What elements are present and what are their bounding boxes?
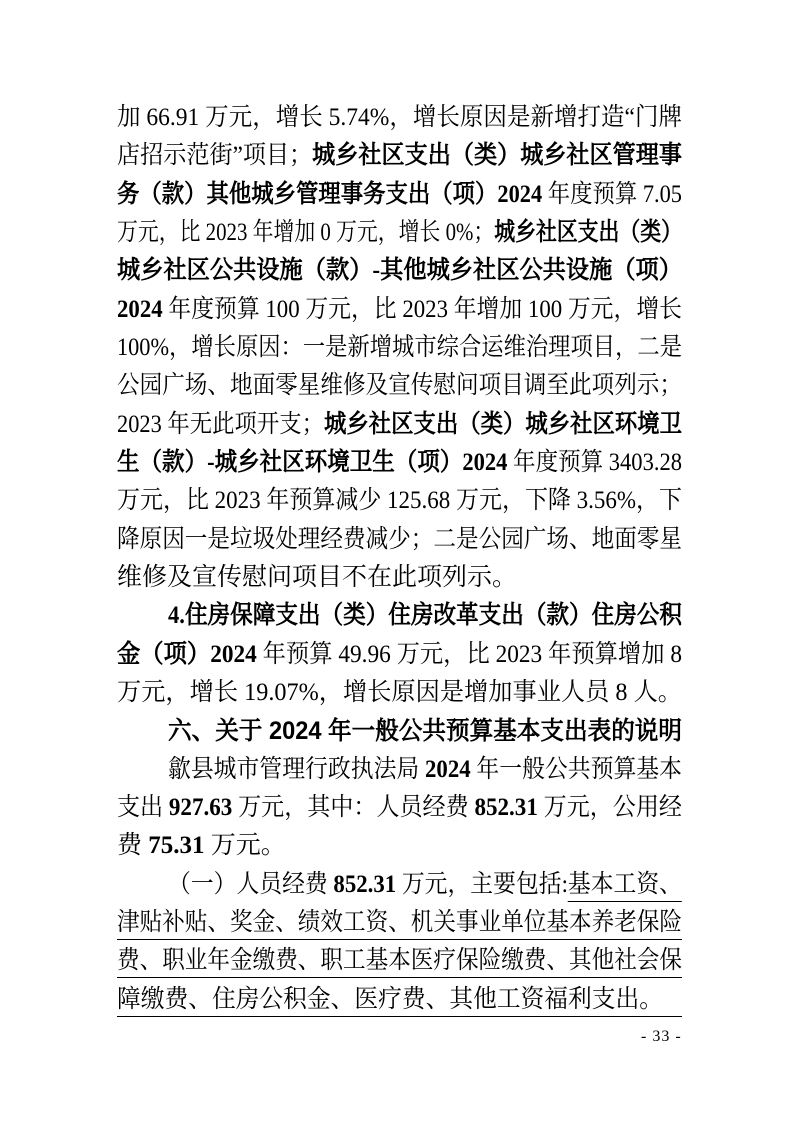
- text-segment: 城乡社区公共设施（款）-其他城乡社区公共设施（项）: [117, 257, 682, 284]
- text-line: 4.住房保障支出（类）住房改革支出（款）住房公积: [117, 597, 682, 635]
- line-content: 降原因一是垃圾处理经费减少；二是公园广场、地面零星: [117, 521, 682, 559]
- line-content: 六、关于 2024 年一般公共预算基本支出表的说明: [168, 712, 682, 750]
- line-content: 障缴费、住房公积金、医疗费、其他工资福利支出。: [117, 981, 682, 1019]
- text-line: 生（款）-城乡社区环境卫生（项）2024 年度预算 3403.28: [117, 444, 682, 482]
- text-segment: 降原因一是垃圾处理经费减少；二是公园广场、地面零星: [117, 526, 682, 553]
- line-content: 费、职业年金缴费、职工基本医疗保险缴费、其他社会保: [117, 942, 682, 980]
- text-segment: 店招示范街”项目；: [117, 142, 312, 169]
- line-content: 金（项）2024 年预算 49.96 万元，比 2023 年预算增加 8: [117, 636, 682, 674]
- document-body: 加 66.91 万元，增长 5.74%，增长原因是新增打造“门牌店招示范街”项目…: [117, 99, 682, 1019]
- line-content: 万元，比 2023 年增加 0 万元，增长 0%；城乡社区支出（类）: [117, 214, 682, 252]
- text-line: 支出 927.63 万元，其中：人员经费 852.31 万元，公用经: [117, 789, 682, 827]
- line-content: 100%，增长原因：一是新增城市综合运维治理项目，二是: [117, 329, 682, 367]
- text-line: （一）人员经费 852.31 万元，主要包括:基本工资、: [117, 866, 682, 904]
- text-segment: 852.31: [474, 794, 537, 821]
- text-segment: 生（款）-城乡社区环境卫生（项）2024: [117, 449, 507, 476]
- text-line: 公园广场、地面零星维修及宣传慰问项目调至此项列示；: [117, 367, 682, 405]
- line-content: （一）人员经费 852.31 万元，主要包括:基本工资、: [168, 866, 682, 904]
- text-segment: 万元，公用经: [538, 794, 682, 821]
- text-segment: （一）人员经费: [168, 871, 333, 898]
- text-line: 加 66.91 万元，增长 5.74%，增长原因是新增打造“门牌: [117, 99, 682, 137]
- line-content: 2023 年无此项开支；城乡社区支出（类）城乡社区环境卫: [117, 406, 682, 444]
- text-segment: 基本工资、: [568, 871, 682, 902]
- text-line: 障缴费、住房公积金、医疗费、其他工资福利支出。: [117, 981, 682, 1019]
- text-segment: 852.31: [333, 871, 396, 898]
- text-line: 歙县城市管理行政执法局 2024 年一般公共预算基本: [117, 751, 682, 789]
- text-segment: 万元，其中：人员经费: [232, 794, 474, 821]
- text-segment: 万元，增长 19.07%，增长原因是增加事业人员 8 人。: [117, 679, 682, 706]
- line-content: 支出 927.63 万元，其中：人员经费 852.31 万元，公用经: [117, 789, 682, 827]
- text-segment: 城乡社区支出（类）城乡社区环境卫: [324, 411, 682, 438]
- text-line: 维修及宣传慰问项目不在此项列示。: [117, 559, 682, 597]
- text-line: 万元，比 2023 年增加 0 万元，增长 0%；城乡社区支出（类）: [117, 214, 682, 252]
- line-content: 津贴补贴、奖金、绩效工资、机关事业单位基本养老保险: [117, 904, 682, 942]
- text-segment: 维修及宣传慰问项目不在此项列示。: [117, 564, 517, 591]
- line-content: 务（款）其他城乡管理事务支出（项）2024 年度预算 7.05: [117, 176, 682, 214]
- page-number: - 33 -: [641, 1028, 682, 1046]
- text-line: 城乡社区公共设施（款）-其他城乡社区公共设施（项）: [117, 252, 682, 290]
- text-line: 金（项）2024 年预算 49.96 万元，比 2023 年预算增加 8: [117, 636, 682, 674]
- line-content: 加 66.91 万元，增长 5.74%，增长原因是新增打造“门牌: [117, 99, 682, 137]
- text-line: 务（款）其他城乡管理事务支出（项）2024 年度预算 7.05: [117, 176, 682, 214]
- text-segment: 2023 年无此项开支；: [117, 411, 324, 438]
- text-segment: 927.63: [169, 794, 232, 821]
- text-segment: 年度预算 7.05: [542, 181, 682, 208]
- line-content: 费 75.31 万元。: [117, 827, 286, 865]
- text-line: 费 75.31 万元。: [117, 827, 682, 865]
- text-segment: 万元。: [205, 832, 286, 859]
- text-segment: 2024: [425, 756, 471, 783]
- text-line: 万元，增长 19.07%，增长原因是增加事业人员 8 人。: [117, 674, 682, 712]
- line-content: 万元，比 2023 年预算减少 125.68 万元，下降 3.56%，下: [117, 482, 682, 520]
- text-segment: 年预算 49.96 万元，比 2023 年预算增加 8: [257, 641, 682, 668]
- text-segment: 障缴费、住房公积金、医疗费、其他工资福利支出。: [117, 986, 682, 1017]
- line-content: 歙县城市管理行政执法局 2024 年一般公共预算基本: [168, 751, 682, 789]
- line-content: 维修及宣传慰问项目不在此项列示。: [117, 559, 517, 597]
- text-line: 2024 年度预算 100 万元，比 2023 年增加 100 万元，增长: [117, 291, 682, 329]
- line-content: 店招示范街”项目；城乡社区支出（类）城乡社区管理事: [117, 137, 682, 175]
- text-line: 津贴补贴、奖金、绩效工资、机关事业单位基本养老保险: [117, 904, 682, 942]
- line-content: 万元，增长 19.07%，增长原因是增加事业人员 8 人。: [117, 674, 682, 712]
- text-segment: 万元，比 2023 年增加 0 万元，增长 0%；: [117, 219, 494, 246]
- text-line: 降原因一是垃圾处理经费减少；二是公园广场、地面零星: [117, 521, 682, 559]
- text-segment: 金（项）2024: [117, 641, 257, 668]
- text-segment: 支出: [117, 794, 169, 821]
- line-content: 2024 年度预算 100 万元，比 2023 年增加 100 万元，增长: [117, 291, 682, 329]
- text-segment: 津贴补贴、奖金、绩效工资、机关事业单位基本养老保险: [117, 909, 682, 940]
- text-segment: 年度预算 100 万元，比 2023 年增加 100 万元，增长: [163, 296, 682, 323]
- text-segment: 城乡社区支出（类）: [494, 219, 682, 246]
- text-segment: 加 66.91 万元，增长 5.74%，增长原因是新增打造“门牌: [117, 104, 682, 131]
- text-segment: 万元，主要包括:: [396, 871, 568, 898]
- text-line: 2023 年无此项开支；城乡社区支出（类）城乡社区环境卫: [117, 406, 682, 444]
- text-line: 100%，增长原因：一是新增城市综合运维治理项目，二是: [117, 329, 682, 367]
- line-content: 城乡社区公共设施（款）-其他城乡社区公共设施（项）: [117, 252, 682, 290]
- text-segment: 城乡社区支出（类）城乡社区管理事: [312, 142, 682, 169]
- line-content: 公园广场、地面零星维修及宣传慰问项目调至此项列示；: [117, 367, 682, 405]
- text-segment: 歙县城市管理行政执法局: [168, 756, 425, 783]
- text-segment: 2024: [117, 296, 163, 323]
- text-segment: 万元，比 2023 年预算减少 125.68 万元，下降 3.56%，下: [117, 487, 682, 514]
- text-segment: 公园广场、地面零星维修及宣传慰问项目调至此项列示；: [117, 372, 682, 399]
- text-segment: 100%，增长原因：一是新增城市综合运维治理项目，二是: [117, 334, 682, 361]
- text-segment: 费: [117, 832, 148, 859]
- text-line: 费、职业年金缴费、职工基本医疗保险缴费、其他社会保: [117, 942, 682, 980]
- text-segment: 六、关于 2024 年一般公共预算基本支出表的说明: [168, 717, 682, 745]
- text-segment: 务（款）其他城乡管理事务支出（项）2024: [117, 181, 542, 208]
- text-segment: 年度预算 3403.28: [507, 449, 682, 476]
- document-page: 加 66.91 万元，增长 5.74%，增长原因是新增打造“门牌店招示范街”项目…: [0, 0, 794, 1122]
- text-line: 万元，比 2023 年预算减少 125.68 万元，下降 3.56%，下: [117, 482, 682, 520]
- text-segment: 年一般公共预算基本: [471, 756, 682, 783]
- text-segment: 4.住房保障支出（类）住房改革支出（款）住房公积: [168, 602, 682, 629]
- text-line: 店招示范街”项目；城乡社区支出（类）城乡社区管理事: [117, 137, 682, 175]
- section-heading: 六、关于 2024 年一般公共预算基本支出表的说明: [117, 712, 682, 750]
- line-content: 生（款）-城乡社区环境卫生（项）2024 年度预算 3403.28: [117, 444, 682, 482]
- line-content: 4.住房保障支出（类）住房改革支出（款）住房公积: [168, 597, 682, 635]
- text-segment: 费、职业年金缴费、职工基本医疗保险缴费、其他社会保: [117, 947, 682, 978]
- text-segment: 75.31: [148, 832, 204, 859]
